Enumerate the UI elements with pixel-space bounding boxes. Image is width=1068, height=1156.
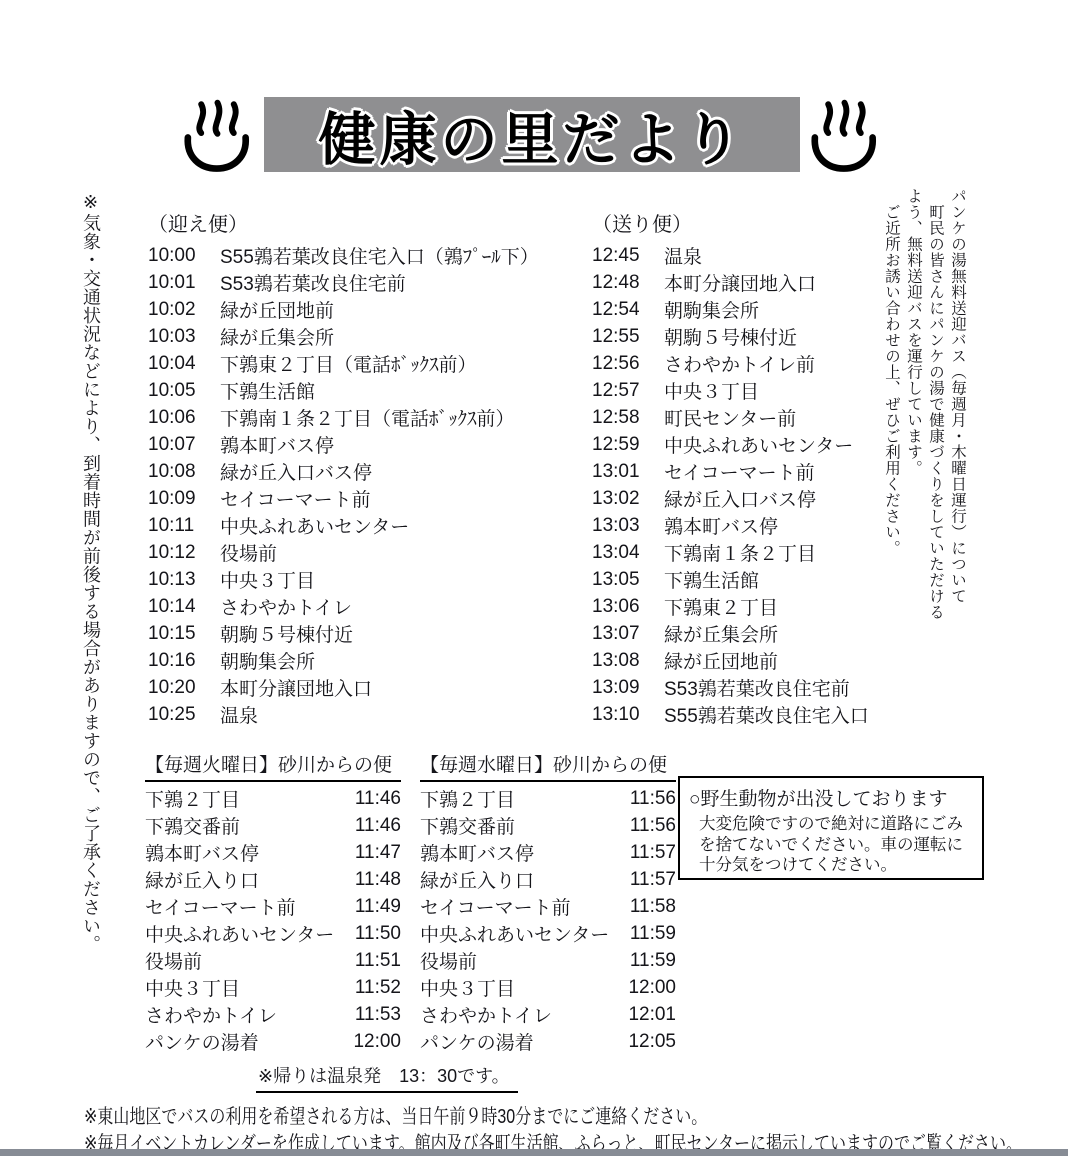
schedule-row: 役場前 11:51 <box>145 947 401 974</box>
tuesday-header: 【毎週火曜日】砂川からの便 <box>145 750 401 782</box>
stop-time: 13:02 <box>592 488 650 510</box>
stop-time: 13:10 <box>592 704 650 726</box>
stop-name: S55鶉若葉改良住宅入口（鶉ﾌﾟｰﾙ下） <box>220 242 539 269</box>
stop-name: S53鶉若葉改良住宅前 <box>664 674 850 701</box>
schedule-row: 10:13 中央３丁目 <box>148 566 539 593</box>
stop-time: 10:02 <box>148 299 206 321</box>
stop-name: 町民センター前 <box>664 404 796 431</box>
stop-name: セイコーマート前 <box>145 893 296 920</box>
schedule-row: 下鶉交番前 11:46 <box>145 812 401 839</box>
stop-name: 中央３丁目 <box>664 377 759 404</box>
stop-time: 10:05 <box>148 380 206 402</box>
stop-name: 本町分譲団地入口 <box>220 674 372 701</box>
stop-time: 11:57 <box>630 869 676 891</box>
page-title: 健康の里だより <box>319 94 746 176</box>
stop-time: 10:06 <box>148 407 206 429</box>
stop-name: 下鶉交番前 <box>145 812 240 839</box>
schedule-row: 13:02 緑が丘入口バス停 <box>592 485 869 512</box>
stop-time: 13:05 <box>592 569 650 591</box>
stop-time: 12:56 <box>592 353 650 375</box>
stop-time: 11:56 <box>630 788 676 810</box>
wildlife-warning-title: ○野生動物が出没しております <box>689 784 974 811</box>
stop-name: 下鶉東２丁目 <box>664 593 778 620</box>
stop-time: 11:58 <box>630 896 676 918</box>
about-body-line: ご近所お誘い合わせの上、ぜひご利用ください。 <box>880 188 902 668</box>
schedule-row: 中央３丁目 12:00 <box>420 974 676 1001</box>
schedule-row: 鶉本町バス停 11:47 <box>145 839 401 866</box>
schedule-row: 10:25 温泉 <box>148 701 539 728</box>
schedule-row: 13:07 緑が丘集会所 <box>592 620 869 647</box>
schedule-row: 10:02 緑が丘団地前 <box>148 296 539 323</box>
schedule-row: 10:14 さわやかトイレ <box>148 593 539 620</box>
schedule-row: 10:00 S55鶉若葉改良住宅入口（鶉ﾌﾟｰﾙ下） <box>148 242 539 269</box>
schedule-row: 12:57 中央３丁目 <box>592 377 869 404</box>
schedule-row: さわやかトイレ 12:01 <box>420 1001 676 1028</box>
wildlife-warning-box: ○野生動物が出没しております 大変危険ですので絶対に道路にごみを捨てないでくださ… <box>678 776 984 880</box>
schedule-row: 10:01 S53鶉若葉改良住宅前 <box>148 269 539 296</box>
stop-name: セイコーマート前 <box>420 893 571 920</box>
schedule-row: 13:01 セイコーマート前 <box>592 458 869 485</box>
free-bus-about-note: パンケの湯無料送迎バス（毎週月・木曜日運行）について 町民の皆さんにパンケの湯で… <box>880 188 968 668</box>
hot-spring-icon <box>179 99 253 173</box>
stop-name: 緑が丘集会所 <box>664 620 778 647</box>
stop-name: 鶉本町バス停 <box>145 839 259 866</box>
stop-time: 10:25 <box>148 704 206 726</box>
stop-time: 10:08 <box>148 461 206 483</box>
schedule-row: 12:55 朝駒５号棟付近 <box>592 323 869 350</box>
schedule-row: 13:05 下鶉生活館 <box>592 566 869 593</box>
pickup-rows: 10:00 S55鶉若葉改良住宅入口（鶉ﾌﾟｰﾙ下） 10:01 S53鶉若葉改… <box>148 242 539 728</box>
stop-name: 中央３丁目 <box>145 974 240 1001</box>
stop-time: 10:14 <box>148 596 206 618</box>
stop-name: 役場前 <box>220 539 277 566</box>
stop-time: 11:47 <box>355 842 401 864</box>
stop-name: 下鶉生活館 <box>220 377 315 404</box>
schedule-row: 13:06 下鶉東２丁目 <box>592 593 869 620</box>
stop-name: 下鶉南１条２丁目 <box>664 539 816 566</box>
stop-time: 13:09 <box>592 677 650 699</box>
stop-time: 10:09 <box>148 488 206 510</box>
schedule-row: パンケの湯着 12:05 <box>420 1028 676 1055</box>
stop-time: 11:48 <box>355 869 401 891</box>
schedule-row: 13:03 鶉本町バス停 <box>592 512 869 539</box>
stop-time: 11:49 <box>355 896 401 918</box>
stop-name: 朝駒集会所 <box>220 647 315 674</box>
hot-spring-icon <box>806 99 880 173</box>
schedule-row: 10:03 緑が丘集会所 <box>148 323 539 350</box>
schedule-row: 10:05 下鶉生活館 <box>148 377 539 404</box>
schedule-row: 12:45 温泉 <box>592 242 869 269</box>
stop-time: 11:59 <box>630 923 676 945</box>
schedule-row: 下鶉２丁目 11:56 <box>420 785 676 812</box>
stop-name: 緑が丘入り口 <box>145 866 259 893</box>
stop-time: 10:04 <box>148 353 206 375</box>
stop-time: 11:59 <box>630 950 676 972</box>
schedule-row: 13:09 S53鶉若葉改良住宅前 <box>592 674 869 701</box>
stop-name: さわやかトイレ <box>145 1001 277 1028</box>
stop-time: 12:58 <box>592 407 650 429</box>
dropoff-rows: 12:45 温泉 12:48 本町分譲団地入口 12:54 朝駒集会所 12:5… <box>592 242 869 728</box>
stop-name: 温泉 <box>220 701 258 728</box>
stop-time: 12:00 <box>353 1031 401 1053</box>
schedule-row: 12:54 朝駒集会所 <box>592 296 869 323</box>
schedule-row: 10:15 朝駒５号棟付近 <box>148 620 539 647</box>
schedule-row: 10:12 役場前 <box>148 539 539 566</box>
wednesday-rows: 下鶉２丁目 11:56 下鶉交番前 11:56 鶉本町バス停 11:57 緑が丘… <box>420 785 676 1055</box>
stop-time: 12:57 <box>592 380 650 402</box>
stop-name: 下鶉東２丁目（電話ﾎﾞｯｸｽ前） <box>220 350 477 377</box>
stop-name: 朝駒５号棟付近 <box>664 323 797 350</box>
schedule-row: 10:07 鶉本町バス停 <box>148 431 539 458</box>
schedule-row: 12:58 町民センター前 <box>592 404 869 431</box>
stop-time: 12:01 <box>628 1004 676 1026</box>
stop-time: 10:16 <box>148 650 206 672</box>
stop-time: 10:03 <box>148 326 206 348</box>
stop-name: S53鶉若葉改良住宅前 <box>220 269 406 296</box>
stop-time: 12:59 <box>592 434 650 456</box>
footer-note-contact: ※東山地区でバスの利用を希望される方は、当日午前９時30分までにご連絡ください。 <box>84 1100 707 1129</box>
schedule-row: 中央ふれあいセンター 11:59 <box>420 920 676 947</box>
schedule-row: 13:08 緑が丘団地前 <box>592 647 869 674</box>
schedule-row: 10:20 本町分譲団地入口 <box>148 674 539 701</box>
stop-time: 12:05 <box>628 1031 676 1053</box>
stop-time: 11:50 <box>355 923 401 945</box>
schedule-row: 中央３丁目 11:52 <box>145 974 401 1001</box>
stop-name: さわやかトイレ <box>420 1001 552 1028</box>
stop-name: S55鶉若葉改良住宅入口 <box>664 701 869 728</box>
schedule-row: 鶉本町バス停 11:57 <box>420 839 676 866</box>
stop-time: 12:00 <box>628 977 676 999</box>
stop-time: 13:03 <box>592 515 650 537</box>
schedule-row: 10:04 下鶉東２丁目（電話ﾎﾞｯｸｽ前） <box>148 350 539 377</box>
stop-time: 12:45 <box>592 245 650 267</box>
stop-name: 緑が丘入口バス停 <box>220 458 372 485</box>
stop-name: さわやかトイレ <box>220 593 352 620</box>
stop-time: 11:51 <box>355 950 401 972</box>
stop-name: 中央３丁目 <box>220 566 315 593</box>
stop-name: 温泉 <box>664 242 702 269</box>
stop-time: 11:53 <box>355 1004 401 1026</box>
stop-name: 鶉本町バス停 <box>420 839 534 866</box>
stop-name: 中央ふれあいセンター <box>420 920 609 947</box>
stop-name: 緑が丘入口バス停 <box>664 485 816 512</box>
schedule-row: 12:56 さわやかトイレ前 <box>592 350 869 377</box>
dropoff-schedule: （送り便） 12:45 温泉 12:48 本町分譲団地入口 12:54 朝駒集会… <box>592 212 869 728</box>
stop-name: パンケの湯着 <box>420 1028 534 1055</box>
about-body-line: よう、無料送迎バスを運行しています。 <box>902 188 924 668</box>
stop-time: 11:46 <box>355 788 401 810</box>
stop-name: 中央３丁目 <box>420 974 515 1001</box>
stop-time: 10:00 <box>148 245 206 267</box>
schedule-row: 12:48 本町分譲団地入口 <box>592 269 869 296</box>
schedule-row: 10:09 セイコーマート前 <box>148 485 539 512</box>
schedule-row: 下鶉２丁目 11:46 <box>145 785 401 812</box>
stop-time: 13:08 <box>592 650 650 672</box>
schedule-row: セイコーマート前 11:49 <box>145 893 401 920</box>
stop-name: 下鶉２丁目 <box>420 785 515 812</box>
dropoff-header: （送り便） <box>592 212 869 242</box>
bottom-edge-bar <box>0 1149 1068 1156</box>
stop-name: さわやかトイレ前 <box>664 350 815 377</box>
schedule-row: 12:59 中央ふれあいセンター <box>592 431 869 458</box>
pickup-header: （迎え便） <box>148 212 539 242</box>
stop-time: 11:46 <box>355 815 401 837</box>
stop-name: 緑が丘団地前 <box>220 296 334 323</box>
schedule-row: 下鶉交番前 11:56 <box>420 812 676 839</box>
stop-time: 11:56 <box>630 815 676 837</box>
pickup-schedule: （迎え便） 10:00 S55鶉若葉改良住宅入口（鶉ﾌﾟｰﾙ下） 10:01 S… <box>148 212 539 728</box>
schedule-row: 10:08 緑が丘入口バス停 <box>148 458 539 485</box>
schedule-row: 10:16 朝駒集会所 <box>148 647 539 674</box>
stop-time: 10:01 <box>148 272 206 294</box>
stop-name: 下鶉南１条２丁目（電話ﾎﾞｯｸｽ前） <box>220 404 515 431</box>
schedule-row: パンケの湯着 12:00 <box>145 1028 401 1055</box>
stop-time: 12:48 <box>592 272 650 294</box>
stop-time: 10:11 <box>148 515 206 537</box>
stop-name: 本町分譲団地入口 <box>664 269 816 296</box>
stop-name: 役場前 <box>420 947 477 974</box>
stop-time: 13:04 <box>592 542 650 564</box>
schedule-row: セイコーマート前 11:58 <box>420 893 676 920</box>
stop-time: 10:15 <box>148 623 206 645</box>
tuesday-rows: 下鶉２丁目 11:46 下鶉交番前 11:46 鶉本町バス停 11:47 緑が丘… <box>145 785 401 1055</box>
stop-name: 鶉本町バス停 <box>220 431 334 458</box>
schedule-row: 13:04 下鶉南１条２丁目 <box>592 539 869 566</box>
stop-name: 緑が丘集会所 <box>220 323 334 350</box>
wednesday-schedule: 【毎週水曜日】砂川からの便 下鶉２丁目 11:56 下鶉交番前 11:56 鶉本… <box>420 750 676 1055</box>
about-title-line: パンケの湯無料送迎バス（毎週月・木曜日運行）について <box>946 188 968 668</box>
stop-name: セイコーマート前 <box>220 485 371 512</box>
schedule-row: 緑が丘入り口 11:48 <box>145 866 401 893</box>
title-banner: 健康の里だより <box>264 97 800 172</box>
stop-time: 10:07 <box>148 434 206 456</box>
stop-name: 下鶉交番前 <box>420 812 515 839</box>
wildlife-warning-body: 大変危険ですので絶対に道路にごみを捨てないでください。車の運転に十分気をつけてく… <box>689 814 974 876</box>
weather-caution-note: ※気象・交通状況などにより、到着時間が前後する場合がありますので、ご了承ください… <box>76 192 106 962</box>
schedule-row: 10:11 中央ふれあいセンター <box>148 512 539 539</box>
stop-name: 役場前 <box>145 947 202 974</box>
schedule-row: 10:06 下鶉南１条２丁目（電話ﾎﾞｯｸｽ前） <box>148 404 539 431</box>
schedule-row: 緑が丘入り口 11:57 <box>420 866 676 893</box>
schedule-row: さわやかトイレ 11:53 <box>145 1001 401 1028</box>
stop-name: 朝駒集会所 <box>664 296 759 323</box>
stop-time: 12:55 <box>592 326 650 348</box>
about-body-line: 町民の皆さんにパンケの湯で健康づくりをしていただける <box>924 188 946 668</box>
stop-name: 中央ふれあいセンター <box>664 431 853 458</box>
stop-name: パンケの湯着 <box>145 1028 259 1055</box>
wednesday-header: 【毎週水曜日】砂川からの便 <box>420 750 676 782</box>
stop-time: 10:20 <box>148 677 206 699</box>
stop-time: 13:07 <box>592 623 650 645</box>
stop-name: 緑が丘団地前 <box>664 647 778 674</box>
stop-name: 下鶉生活館 <box>664 566 759 593</box>
stop-time: 10:12 <box>148 542 206 564</box>
tuesday-schedule: 【毎週火曜日】砂川からの便 下鶉２丁目 11:46 下鶉交番前 11:46 鶉本… <box>145 750 401 1055</box>
schedule-row: 中央ふれあいセンター 11:50 <box>145 920 401 947</box>
stop-name: 緑が丘入り口 <box>420 866 534 893</box>
stop-name: セイコーマート前 <box>664 458 815 485</box>
stop-name: 鶉本町バス停 <box>664 512 778 539</box>
stop-time: 10:13 <box>148 569 206 591</box>
stop-time: 12:54 <box>592 299 650 321</box>
stop-time: 13:01 <box>592 461 650 483</box>
stop-time: 11:57 <box>630 842 676 864</box>
stop-time: 11:52 <box>355 977 401 999</box>
return-trip-note: ※帰りは温泉発 13：30です。 <box>256 1062 518 1093</box>
schedule-row: 役場前 11:59 <box>420 947 676 974</box>
newsletter-page: 健康の里だより ※気象・交通状況などにより、到着時間が前後する場合がありますので… <box>0 0 1068 1156</box>
stop-name: 朝駒５号棟付近 <box>220 620 353 647</box>
stop-name: 下鶉２丁目 <box>145 785 240 812</box>
stop-name: 中央ふれあいセンター <box>145 920 334 947</box>
schedule-row: 13:10 S55鶉若葉改良住宅入口 <box>592 701 869 728</box>
stop-name: 中央ふれあいセンター <box>220 512 409 539</box>
stop-time: 13:06 <box>592 596 650 618</box>
